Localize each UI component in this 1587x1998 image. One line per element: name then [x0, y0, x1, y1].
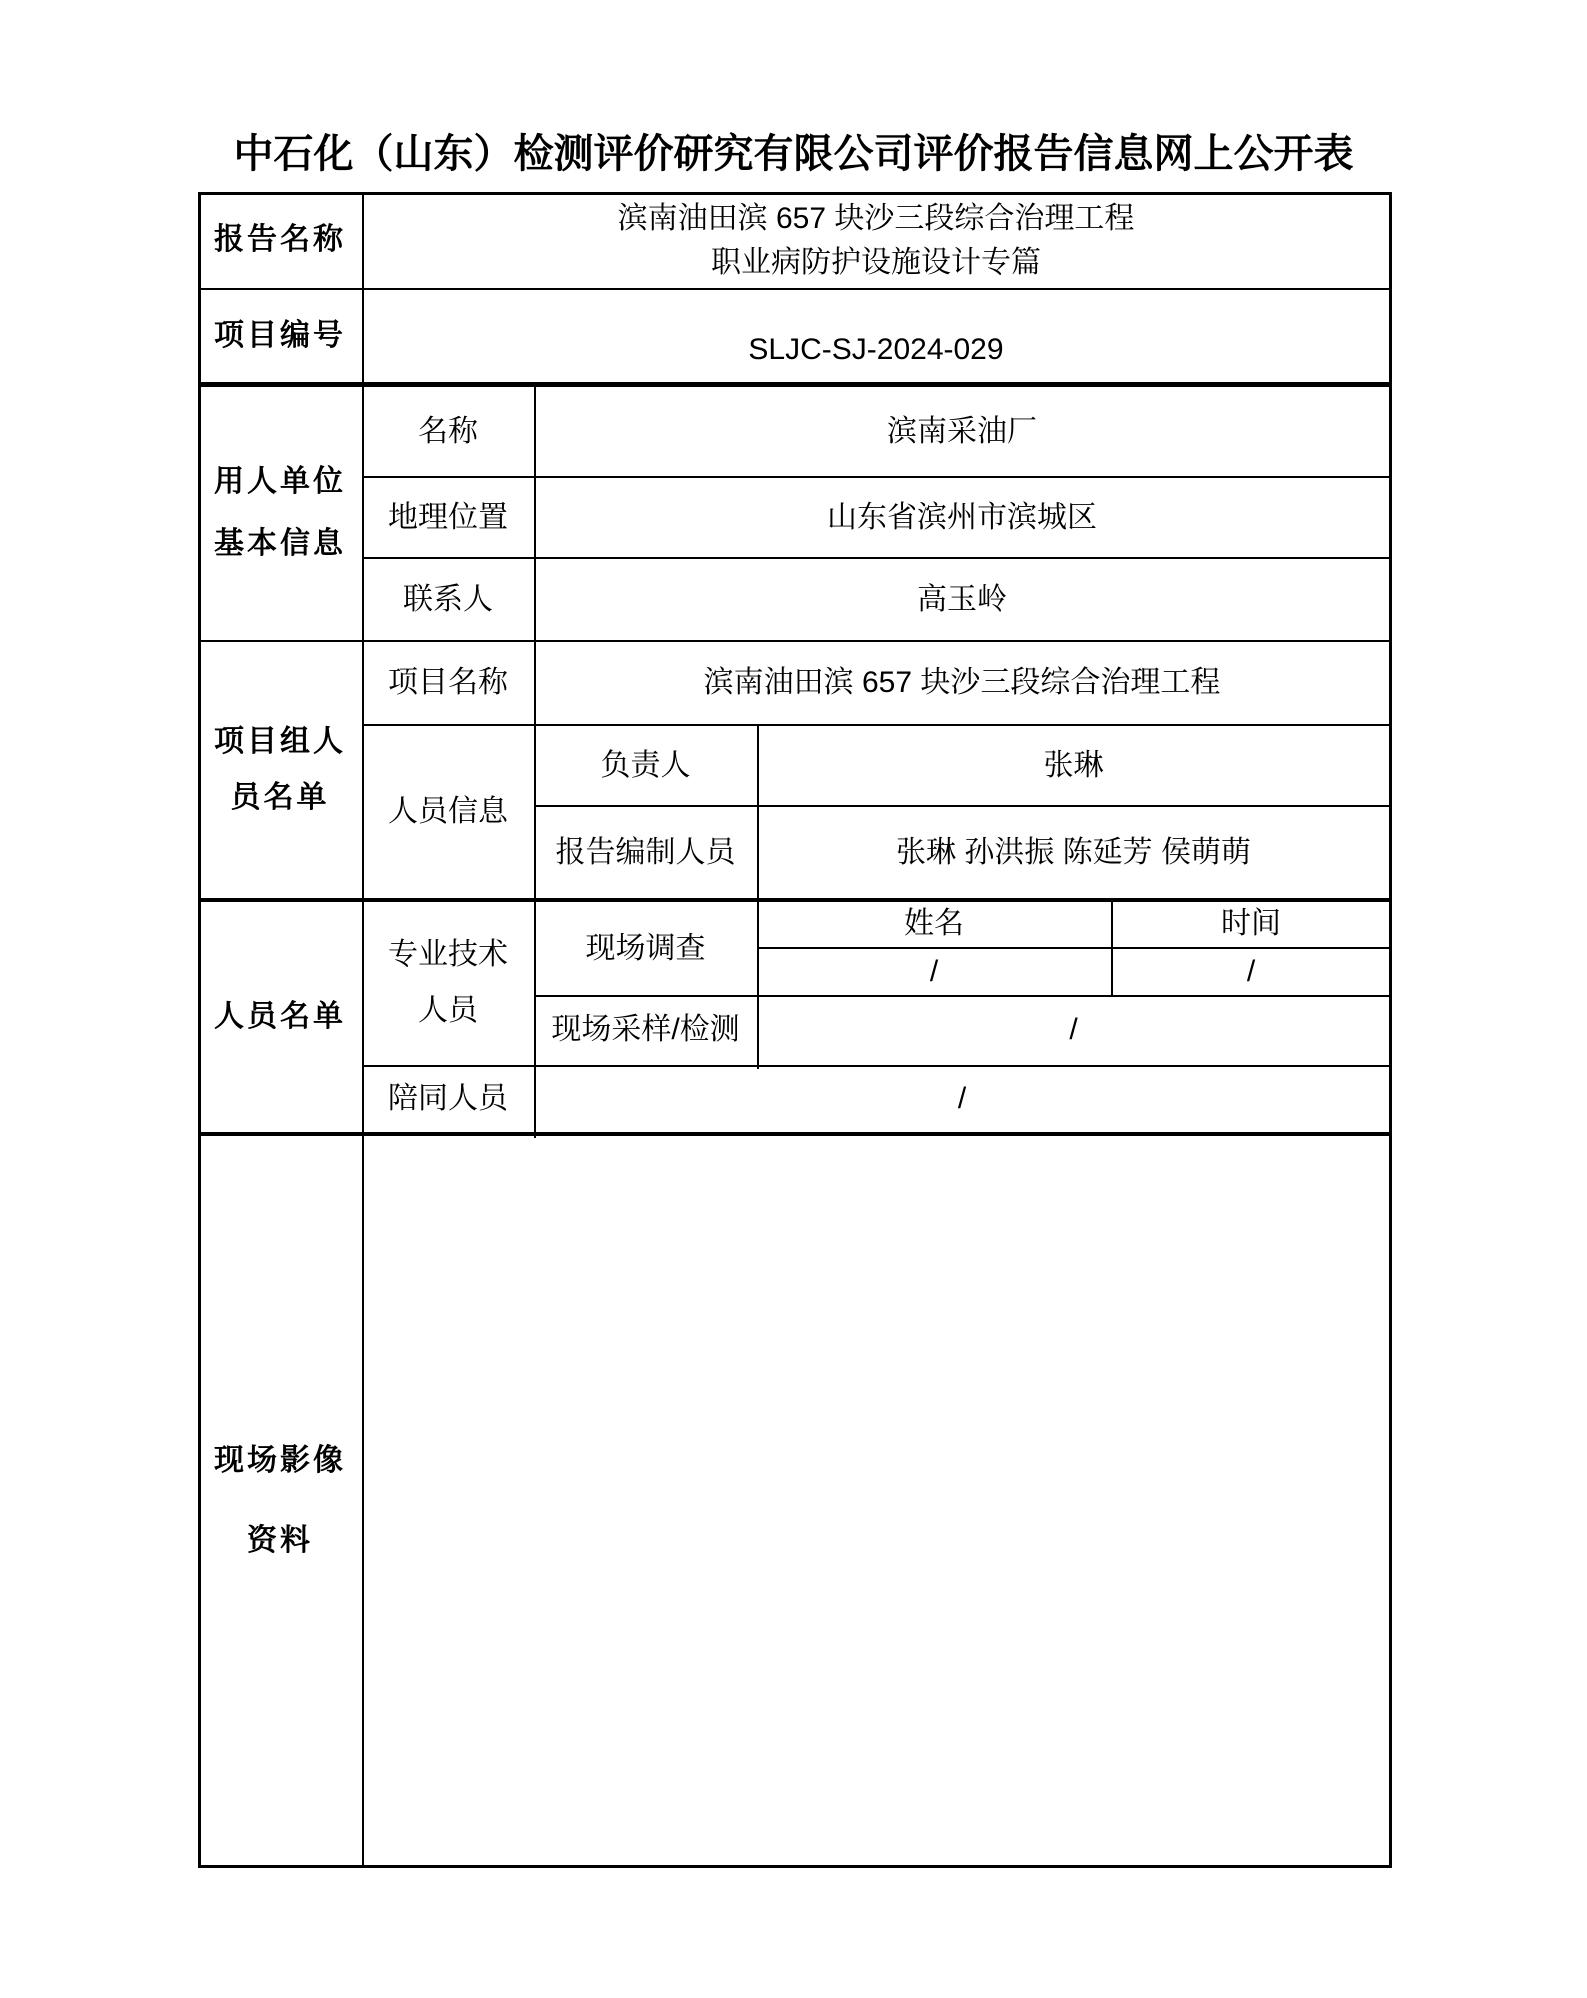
technical-personnel-label: 专业技术 人员	[364, 903, 532, 1063]
site-images-content	[364, 1137, 1388, 1864]
employer-name-label: 名称	[364, 388, 532, 475]
employer-section-label: 用人单位 基本信息	[201, 388, 359, 638]
row-divider-1	[198, 288, 1389, 290]
personnel-list-section-label: 人员名单	[201, 903, 359, 1131]
report-name-value: 滨南油田滨 657 块沙三段综合治理工程 职业病防护设施设计专篇	[364, 197, 1388, 285]
project-team-section-label: 项目组人 员名单	[201, 643, 359, 897]
leader-label: 负责人	[536, 727, 755, 804]
accompanying-value: /	[536, 1067, 1388, 1131]
site-survey-time-value: /	[1113, 949, 1389, 994]
section-divider-3	[198, 1132, 1389, 1136]
table-border-bottom	[198, 1865, 1392, 1868]
accompanying-label: 陪同人员	[364, 1067, 532, 1131]
site-survey-time-header: 时间	[1113, 902, 1389, 946]
sampling-value: /	[759, 997, 1388, 1063]
row-divider-3	[362, 557, 1389, 559]
employer-location-value: 山东省滨州市滨城区	[536, 479, 1388, 556]
report-name-label: 报告名称	[201, 195, 359, 285]
document-page: 中石化（山东）检测评价研究有限公司评价报告信息网上公开表 报告名称 项目编号 用…	[0, 0, 1587, 1998]
row-divider-5	[362, 724, 1389, 726]
employer-location-label: 地理位置	[364, 479, 532, 556]
project-number-value: SLJC-SJ-2024-029	[364, 291, 1388, 395]
sampling-label: 现场采样/检测	[536, 997, 755, 1063]
project-number-label: 项目编号	[201, 291, 359, 381]
project-name-value: 滨南油田滨 657 块沙三段综合治理工程	[536, 643, 1388, 723]
table-border-top	[198, 192, 1392, 195]
employer-contact-value: 高玉岭	[536, 560, 1388, 639]
row-divider-4	[198, 640, 1389, 642]
page-title: 中石化（山东）检测评价研究有限公司评价报告信息网上公开表	[0, 118, 1587, 182]
authors-label: 报告编制人员	[536, 808, 755, 897]
row-divider-6	[534, 805, 1389, 807]
site-survey-name-header: 姓名	[759, 902, 1109, 946]
row-divider-2	[362, 476, 1389, 478]
leader-value: 张琳	[759, 727, 1388, 804]
project-name-label: 项目名称	[364, 643, 532, 723]
authors-value: 张琳 孙洪振 陈延芳 侯萌萌	[759, 808, 1388, 897]
employer-contact-label: 联系人	[364, 560, 532, 639]
site-survey-name-value: /	[759, 949, 1109, 994]
site-images-section-label: 现场影像 资料	[201, 1137, 359, 1864]
employer-name-value: 滨南采油厂	[536, 388, 1388, 475]
site-survey-label: 现场调查	[536, 903, 755, 994]
personnel-info-label: 人员信息	[364, 727, 532, 897]
table-border-right	[1389, 192, 1392, 1868]
